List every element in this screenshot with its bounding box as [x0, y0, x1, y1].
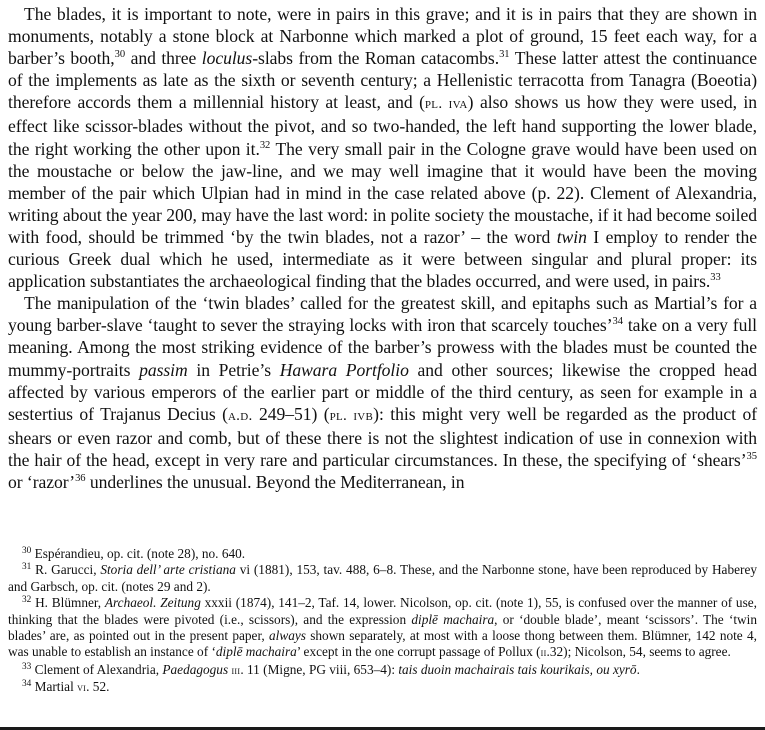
footnote-34: 34 Martial vi. 52. — [8, 679, 757, 696]
small-caps-text: pl. ivb — [330, 408, 374, 424]
italic-text: Storia dell’ arte cristiana — [100, 562, 236, 577]
italic-text: twin — [557, 227, 587, 247]
footnote-number: 33 — [22, 662, 31, 672]
small-caps-text: vi — [77, 682, 86, 694]
paragraph: The blades, it is important to note, wer… — [8, 3, 757, 292]
small-caps-text: pl. iva — [425, 96, 468, 112]
italic-text: tais duoin machairais tais kourikais, ou… — [398, 662, 636, 677]
italic-text: passim — [139, 360, 188, 380]
footnote-number: 31 — [22, 562, 31, 572]
cut-off-previous-line — [8, 0, 756, 2]
footnote-reference: 30 — [115, 49, 125, 60]
footnote-reference: 36 — [75, 473, 85, 484]
italic-text: diplē machaira — [216, 644, 297, 659]
footnote-number: 30 — [22, 546, 31, 556]
small-caps-text: ii — [541, 647, 547, 659]
italic-text: loculus — [202, 48, 252, 68]
italic-text: diplē machaira — [411, 612, 494, 627]
italic-text: Hawara Portfolio — [280, 360, 409, 380]
footnote-reference: 31 — [499, 49, 509, 60]
footnote-reference: 35 — [747, 451, 757, 462]
footnote-reference: 34 — [613, 316, 623, 327]
footnote-number: 34 — [22, 679, 31, 689]
footnote-30: 30 Espérandieu, op. cit. (note 28), no. … — [8, 546, 757, 562]
small-caps-text: a.d. — [228, 408, 253, 424]
italic-text: always — [269, 628, 306, 643]
footnotes: 30 Espérandieu, op. cit. (note 28), no. … — [8, 546, 757, 697]
footnote-reference: 32 — [260, 140, 270, 151]
footnote-33: 33 Clement of Alexandria, Paedagogus iii… — [8, 662, 757, 679]
footnote-reference: 33 — [710, 272, 720, 283]
footnote-32: 32 H. Blümner, Archaeol. Zeitung xxxii (… — [8, 595, 757, 662]
italic-text: Archaeol. Zeitung — [105, 595, 201, 610]
main-text: The blades, it is important to note, wer… — [8, 3, 757, 493]
small-caps-text: iii — [231, 665, 240, 677]
italic-text: Paedagogus — [162, 662, 228, 677]
footnote-number: 32 — [22, 595, 31, 605]
document-page: The blades, it is important to note, wer… — [0, 0, 765, 730]
paragraph: The manipulation of the ‘twin blades’ ca… — [8, 292, 757, 493]
footnote-31: 31 R. Garucci, Storia dell’ arte cristia… — [8, 562, 757, 595]
